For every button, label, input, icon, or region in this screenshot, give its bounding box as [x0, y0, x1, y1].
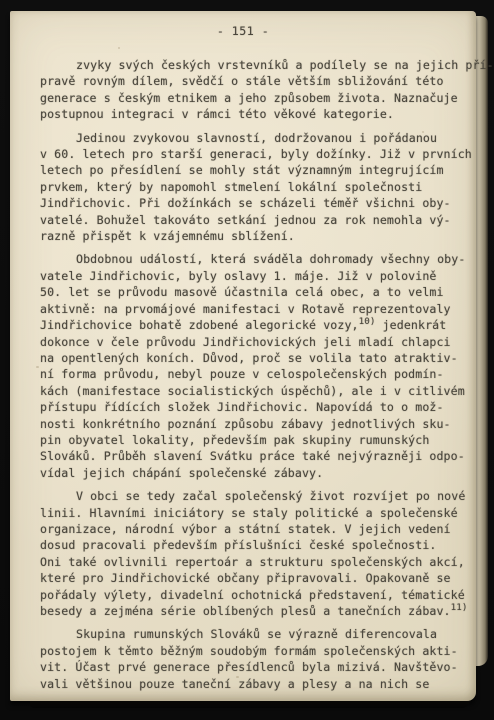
scanned-page-photo: - 151 - zvyky svých českých vrstevníků a…	[0, 0, 494, 720]
text-line: postojem k těmto běžným soudobým formám …	[40, 643, 466, 659]
text-line: vali většinou pouze taneční zábavy a ple…	[40, 676, 466, 692]
text-line: Jindřichovic. Při dožínkách se scházeli …	[40, 195, 466, 211]
text-line: vídal jejich chápání společenské zábavy.	[40, 465, 466, 481]
paper-speck	[36, 366, 39, 368]
text-line: Skupina rumunských Slováků se výrazně di…	[40, 626, 466, 642]
paragraph: Jedinou zvykovou slavností, dodržovanou …	[40, 130, 466, 245]
paragraph: V obci se tedy začal společenský život r…	[40, 488, 466, 619]
text-line: Slováků. Průběh slavení Svátku práce tak…	[40, 448, 466, 464]
text-line: zvyky svých českých vrstevníků a podílel…	[40, 57, 466, 73]
footnote-ref: 11)	[451, 602, 468, 613]
paper-speck	[422, 131, 424, 133]
text-line: prvkem, který by napomohl stmelení lokál…	[40, 179, 466, 195]
text-line: besedy a zejména série oblíbených plesů …	[40, 603, 466, 619]
text-line: vatele Jindřichovic, byly oslavy 1. máje…	[40, 268, 466, 284]
paper-speck	[236, 676, 239, 678]
text-line: pravě rovným dílem, svědčí o stále větší…	[40, 73, 466, 89]
text-line: nosti konkrétního poznání způsobu zábavy…	[40, 416, 466, 432]
text-line: generace s českým etnikem a jeho způsobe…	[40, 90, 466, 106]
text-line: na opentlených koních. Důvod, proč se vo…	[40, 350, 466, 366]
text-line: které pro Jindřichovické občany připravo…	[40, 570, 466, 586]
text-line: ní forma průvodu, nebyl pouze v celospol…	[40, 366, 466, 382]
paper-speck	[118, 47, 120, 49]
paragraph: Obdobnou událostí, která sváděla dohroma…	[40, 251, 466, 481]
text-line: Oni také ovlivnili repertoár a strukturu…	[40, 554, 466, 570]
text-line: Jedinou zvykovou slavností, dodržovanou …	[40, 130, 466, 146]
text-line: linii. Hlavními iniciátory se staly poli…	[40, 505, 466, 521]
page-body: zvyky svých českých vrstevníků a podílel…	[40, 57, 466, 692]
text-line: 50. let se průvodu masově účastnila celá…	[40, 284, 466, 300]
text-line: v 60. letech pro starší generaci, byly d…	[40, 146, 466, 162]
document-page: - 151 - zvyky svých českých vrstevníků a…	[10, 11, 476, 701]
text-line: aktivně: na prvomájové manifestaci v Rot…	[40, 301, 466, 317]
text-line: postupnou integraci v rámci této věkové …	[40, 106, 466, 122]
text-line: V obci se tedy začal společenský život r…	[40, 488, 466, 504]
text-line: pořádaly výlety, divadelní ochotnická př…	[40, 587, 466, 603]
text-line: letech po přesídlení se mohly stát význa…	[40, 162, 466, 178]
text-line: dokonce v čele průvodu Jindřichovických …	[40, 334, 466, 350]
paragraph: zvyky svých českých vrstevníků a podílel…	[40, 57, 466, 123]
text-line: vit. Účast prvé generace přesídlenců byl…	[40, 659, 466, 675]
text-line: razně přispět k vzájemnému sblížení.	[40, 228, 466, 244]
text-line: přístupu řídících složek Jindřichovic. N…	[40, 399, 466, 415]
text-line: Obdobnou událostí, která sváděla dohroma…	[40, 251, 466, 267]
text-line: kách (manifestace socialistických úspěch…	[40, 383, 466, 399]
text-line: pin obyvatel lokality, především pak sku…	[40, 432, 466, 448]
text-line: dosud pracovali především příslušníci če…	[40, 537, 466, 553]
text-line: vatelé. Bohužel takováto setkání jednou …	[40, 212, 466, 228]
text-line: organizace, národní výbor a státní state…	[40, 521, 466, 537]
text-line: Jindřichovice bohatě zdobené alegorické …	[40, 317, 466, 333]
page-number: - 151 -	[10, 11, 476, 39]
paragraph: Skupina rumunských Slováků se výrazně di…	[40, 626, 466, 692]
footnote-ref: 10)	[359, 316, 376, 327]
